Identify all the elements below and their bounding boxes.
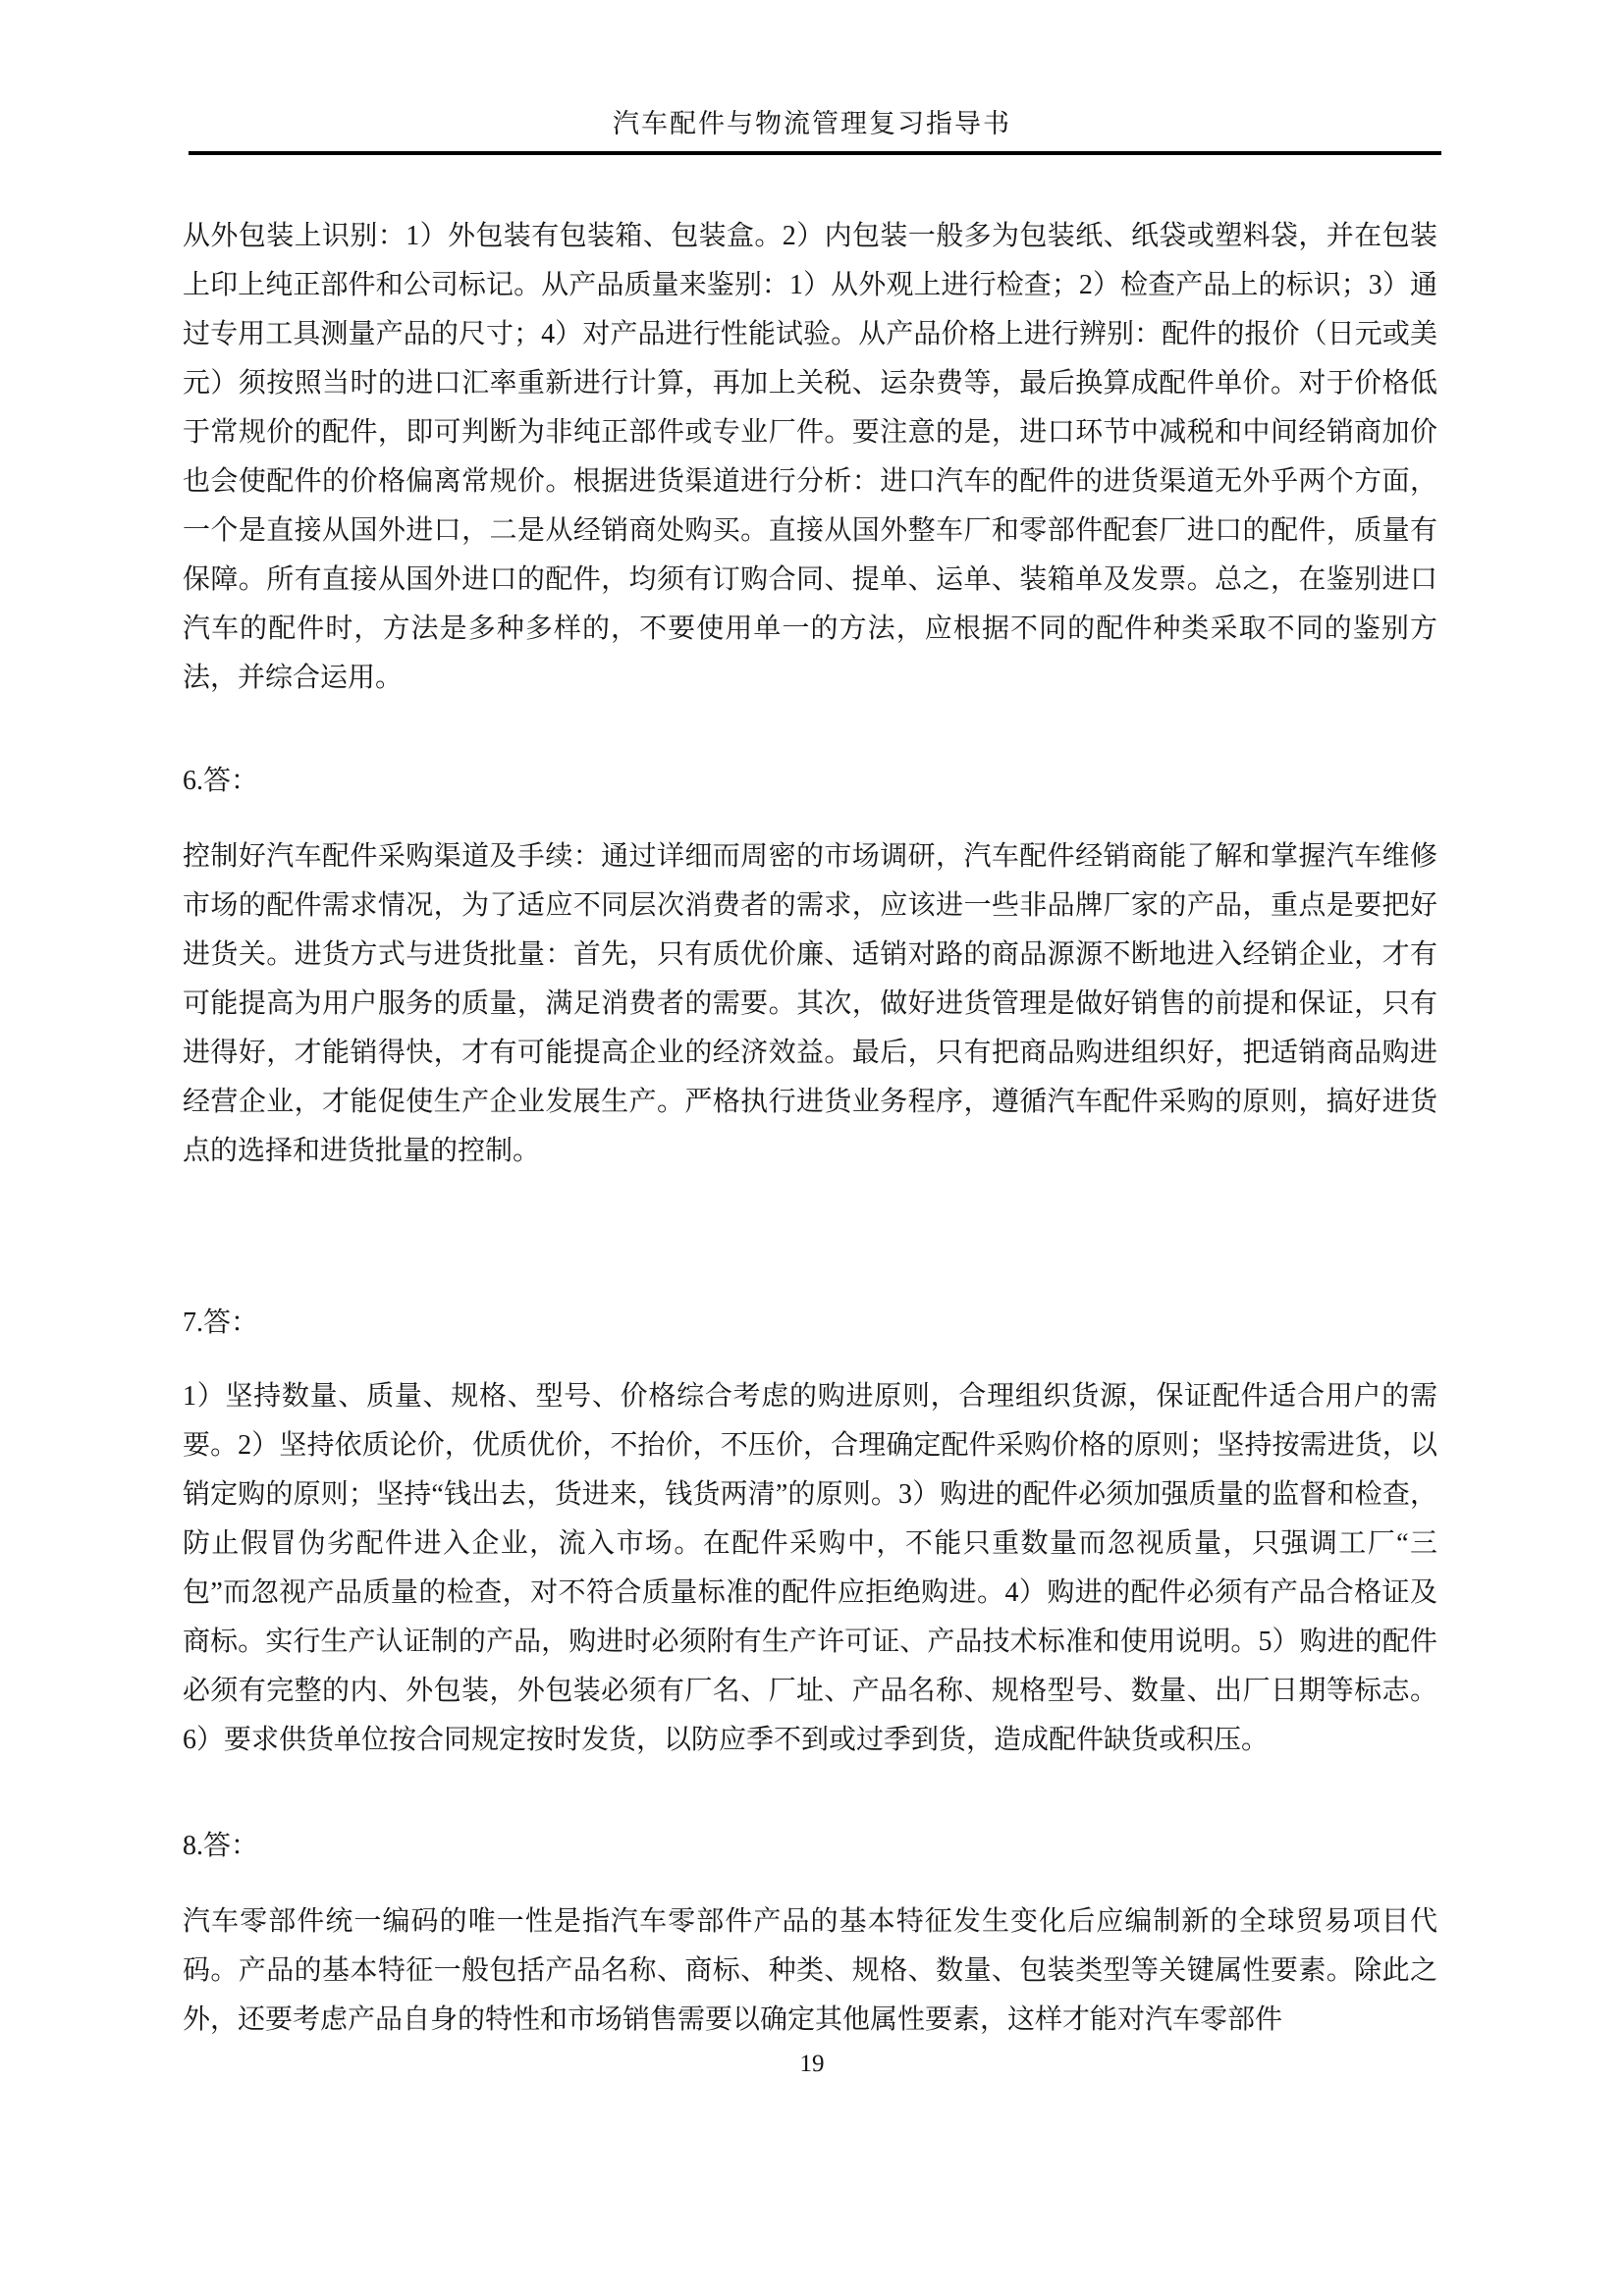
- continuation-paragraph: 从外包装上识别：1）外包装有包装箱、包装盒。2）内包装一般多为包装纸、纸袋或塑料…: [183, 212, 1437, 703]
- answer-7-paragraph: 1）坚持数量、质量、规格、型号、价格综合考虑的购进原则，合理组织货源，保证配件适…: [183, 1372, 1437, 1765]
- page-header-title: 汽车配件与物流管理复习指导书: [613, 106, 1011, 141]
- answer-8-label: 8.答：: [183, 1822, 1437, 1871]
- header-rule: [189, 151, 1441, 155]
- page-footer: 19: [0, 2049, 1624, 2080]
- page-number: 19: [800, 2049, 825, 2080]
- answer-6-label: 6.答：: [183, 757, 1437, 806]
- document-page: 汽车配件与物流管理复习指导书 从外包装上识别：1）外包装有包装箱、包装盒。2）内…: [0, 0, 1624, 2296]
- page-header: 汽车配件与物流管理复习指导书: [0, 0, 1624, 141]
- answer-8-paragraph: 汽车零部件统一编码的唯一性是指汽车零部件产品的基本特征发生变化后应编制新的全球贸…: [183, 1897, 1437, 2045]
- answer-7-label: 7.答：: [183, 1299, 1437, 1348]
- answer-6-paragraph: 控制好汽车配件采购渠道及手续：通过详细而周密的市场调研，汽车配件经销商能了解和掌…: [183, 832, 1437, 1176]
